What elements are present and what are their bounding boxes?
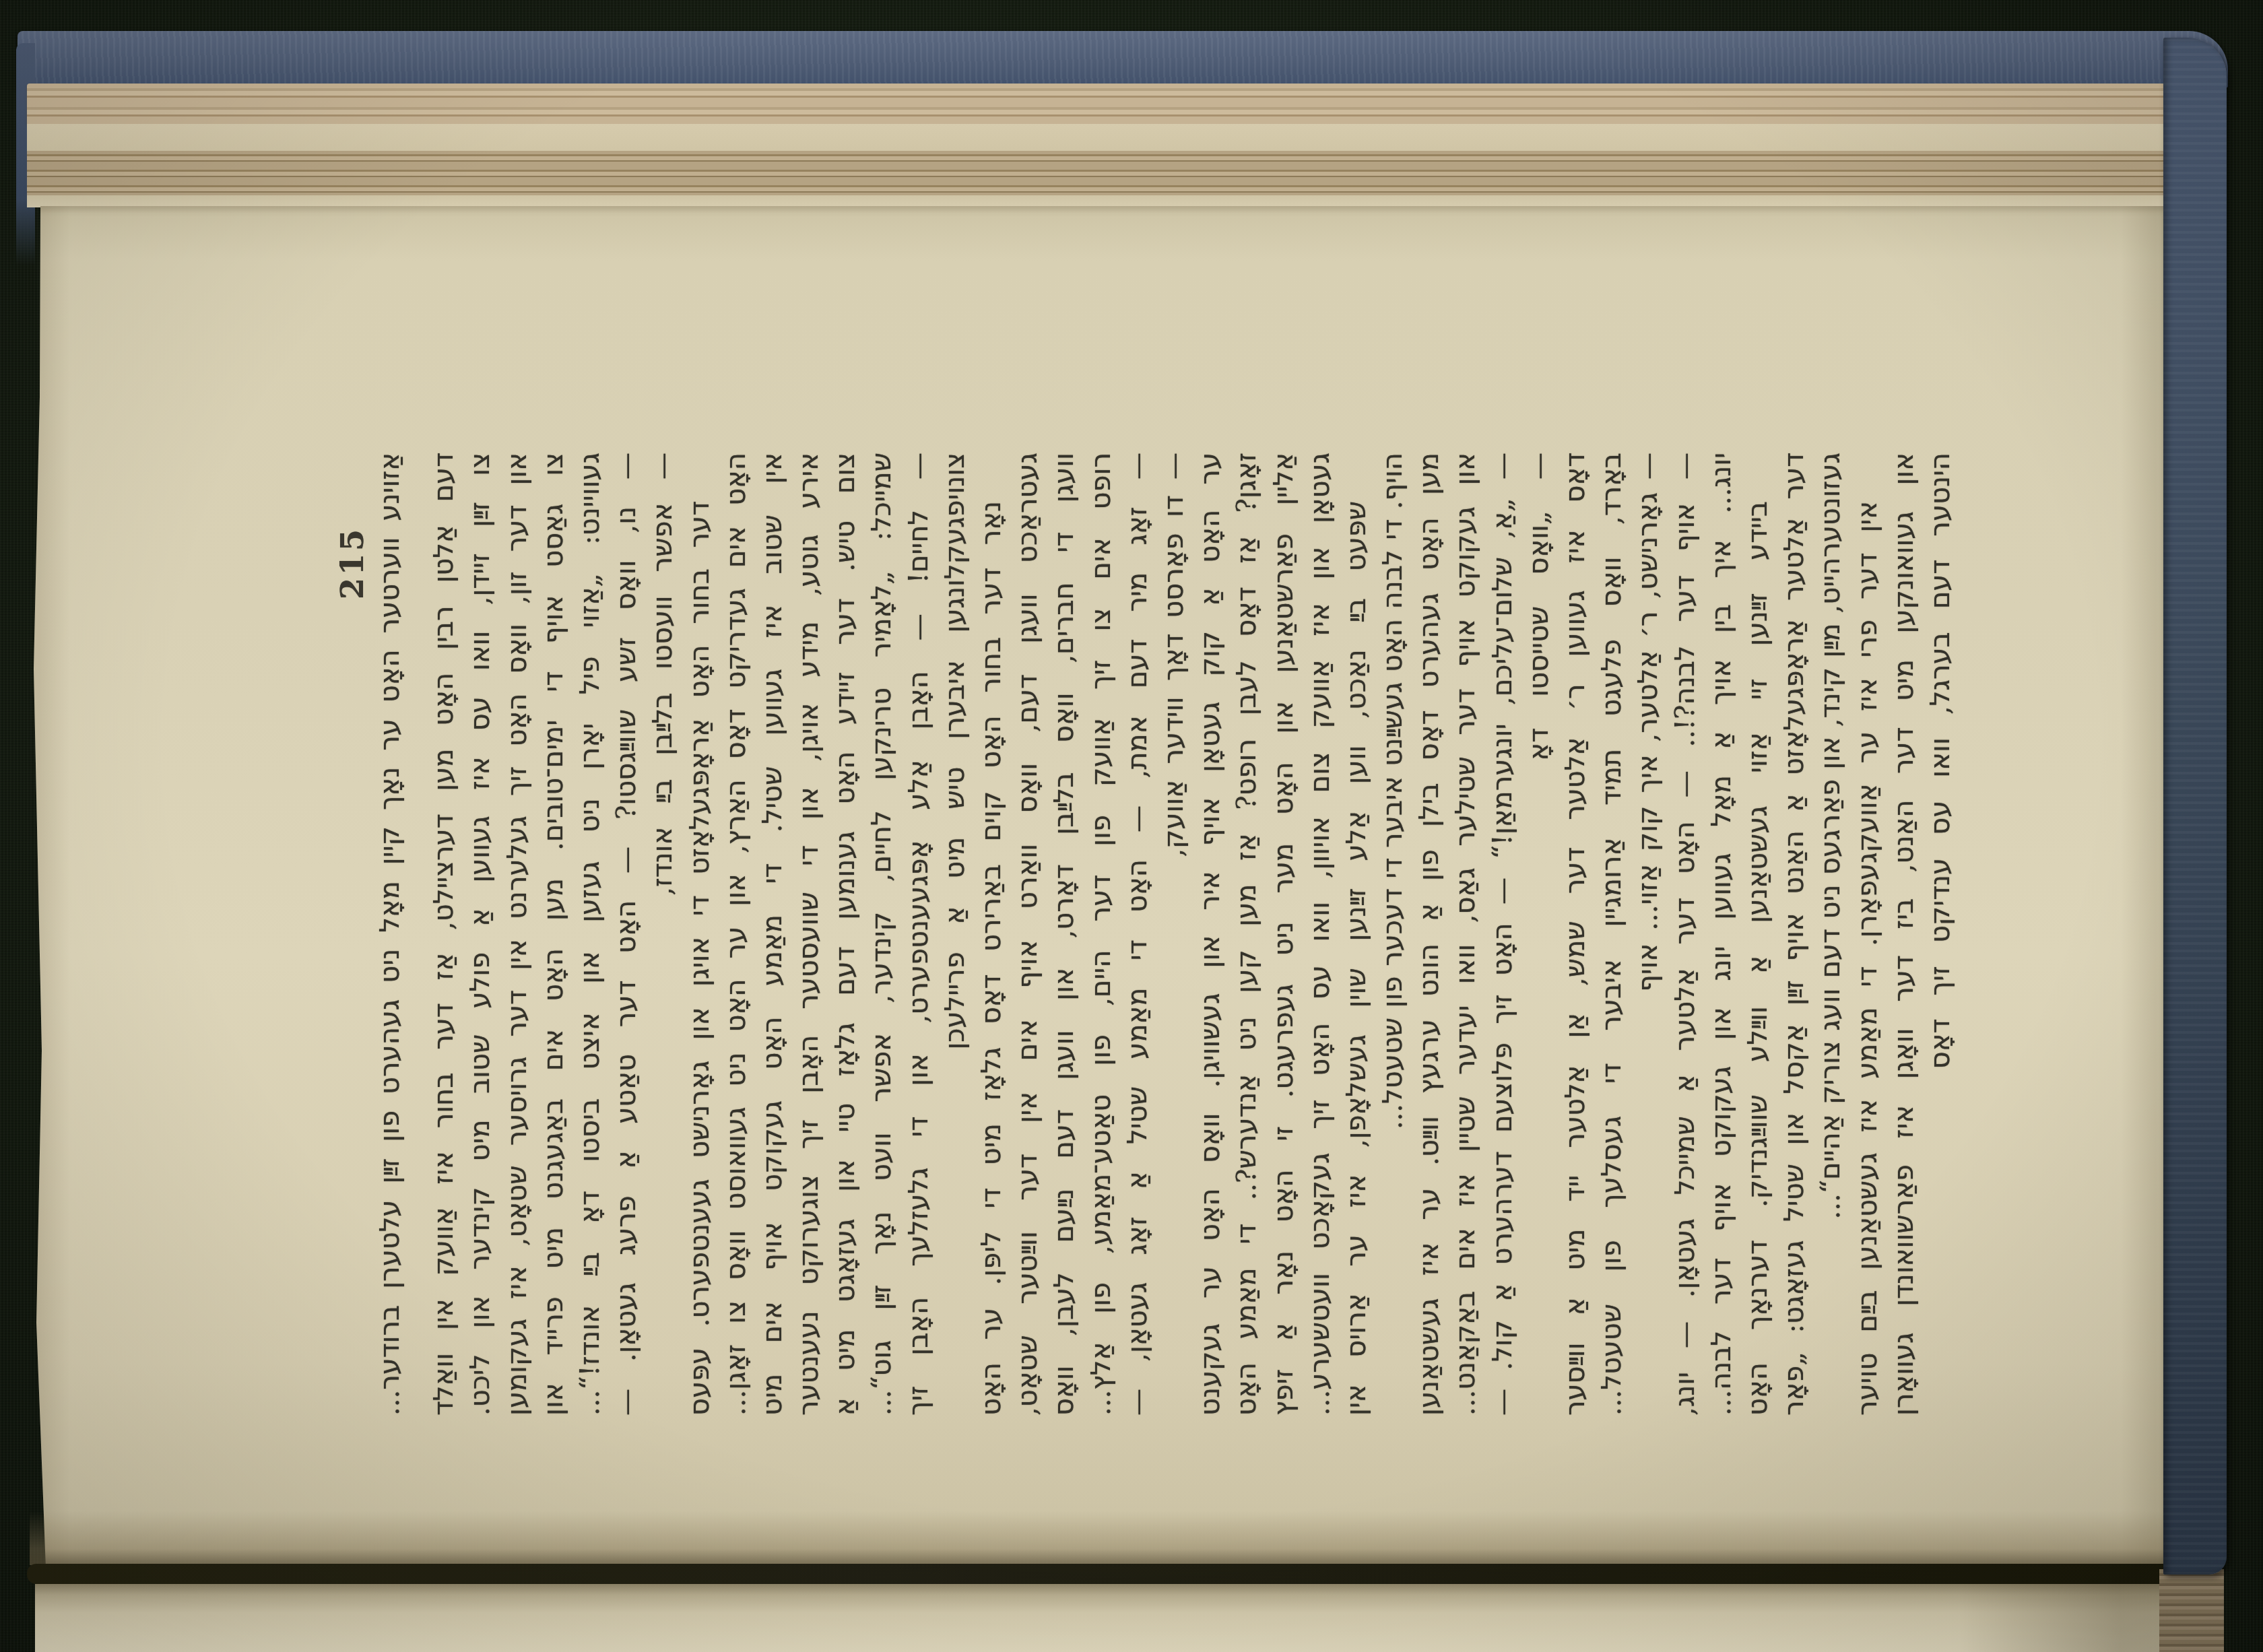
book-cover-top-edge [18, 31, 2228, 88]
text-line: האָט אים געדריקט דאָס האַרץ, און ער האָט… [719, 453, 756, 1416]
text-line: געזונטערהייט, מײַן קינד, און פאַרגעס ניט… [1814, 453, 1850, 1416]
text-line: — גאָרנישט, ר׳ אַלטער, איך קוק אַזוי... … [1631, 453, 1668, 1416]
text-line: אַליין פאַרשטאַנען און האָט מער ניט געפר… [1267, 453, 1303, 1416]
page-edge-rough-band-2 [27, 151, 2169, 195]
text-line: צו זײַן זיידן, וואו עס איז געווען אַ פול… [463, 453, 500, 1416]
text-line: געטראַכט וועגן דעם, וואָס וואַרט אויף אי… [1011, 453, 1047, 1416]
page-text-layer: 215 אַזוינע ווערטער האָט ער נאָך קיין מא… [331, 453, 1961, 1416]
book-gutter-fold [27, 1564, 2166, 1584]
text-line: און געוואונקען מיט דער האַנט, ביז דער וו… [1887, 453, 1924, 1416]
text-line: דעם אַלטן רבין האָט מען דערציילט, אַז דע… [427, 453, 463, 1416]
text-line: יונג... איך בין אויך אַ מאָל געווען יונג… [1705, 453, 1741, 1416]
text-line: אין דער פרי איז ער אַוועקגעפאָרן. די מאַ… [1851, 453, 1887, 1416]
text-line: הויף. די לבנה האָט געשײַנט איבער די דעכע… [1376, 453, 1412, 1416]
text-line: און געקוקט אויף דער שטילער גאַס, וואו יע… [1449, 453, 1485, 1416]
page-edge-light-sliver [27, 195, 2169, 207]
text-line: אַזוינע ווערטער האָט ער נאָך קיין מאָל נ… [373, 453, 409, 1416]
rotated-page-content: 215 אַזוינע ווערטער האָט ער נאָך קיין מא… [331, 453, 1961, 1416]
text-line: הינטער דעם בערגל, וואו עס ענדיקט זיך דאָ… [1924, 453, 1960, 1416]
text-line: צו גאַסט אויף די ימים־טובים. מען האָט אי… [537, 453, 573, 1416]
book-cover-right-edge [2163, 38, 2227, 1575]
page-edge-stack [27, 84, 2169, 207]
text-line: שמייכל: „לאָמיר טרינקען לחיים, קינדער, א… [865, 453, 901, 1416]
text-line: צום טיש. דער זיידע האָט גענומען דעם גלאָ… [828, 453, 865, 1416]
text-line: דאָס איז געווען ר׳ אַלטער דער שמש, אַן א… [1559, 453, 1595, 1416]
text-line: וועגן די חברים, וואָס בלײַבן דאָרט, און … [1047, 453, 1084, 1416]
text-line: — אויף דער לבנה?!.. — האָט דער אַלטער אַ… [1668, 453, 1705, 1416]
facing-page [35, 1584, 2161, 1652]
text-line: אירע גוטע, מידע אויגן, און די שוועסטער ה… [792, 453, 828, 1416]
text-line: דער בחור האָט אַראָפּגעלאָזט די אויגן או… [683, 453, 719, 1416]
text-block: אַזוינע ווערטער האָט ער נאָך קיין מאָל נ… [373, 453, 1960, 1416]
text-line: — נו, וואָס זשע שווײַגסטו? — האָט דער טא… [610, 453, 646, 1416]
text-line: — „וואָס שטייסטו דאָ אַליין?“... [1522, 453, 1559, 1416]
page-number: 215 [331, 453, 373, 1416]
text-line: מען האָט געהערט דאָס בילן פון אַ הונט ער… [1412, 453, 1449, 1416]
text-line: צונויפגעקלונגען איבערן טיש מיט אַ פריילע… [938, 453, 975, 1416]
text-line: רופט אים צו זיך אַוועק פון דער היים, פון… [1084, 453, 1121, 1416]
book-photo-scene: 215 אַזוינע ווערטער האָט ער נאָך קיין מא… [0, 0, 2263, 1652]
text-line: ביידע זײַנען זיי אַזוי געשטאַנען אַ ווײַ… [1741, 453, 1777, 1416]
text-line: — „אַ, שלום־עליכם, יונגערמאַן!“ — האָט ז… [1486, 453, 1522, 1416]
text-line: שפּעט בײַ נאַכט, ווען אַלע זײַנען שוין ג… [1340, 453, 1376, 1416]
text-line: אין שטוב איז געווען שטיל. די מאַמע האָט … [756, 453, 792, 1416]
page-edge-bottom-right [2159, 1569, 2224, 1652]
text-line: זאָגן? אַז דאָס לעבן רופט? אַז מען קען נ… [1230, 453, 1266, 1416]
text-line: דער אַלטער אַראָפּגעלאָזט אַ האַנט אויף … [1777, 453, 1814, 1416]
text-line: געוויינט: „אַזוי פיל יאָרן ניט געזען און… [573, 453, 610, 1416]
text-line: — לחיים! — האָבן אַלע אָפּגעענטפערט, און… [902, 453, 938, 1416]
text-line: באָרד, וואָס פלעגט תמיד אַרומגיין איבער … [1595, 453, 1631, 1416]
text-line: — זאָג מיר דעם אמת, — האָט די מאַמע שטיל… [1121, 453, 1157, 1416]
text-line: — דו פאָרסט דאָך ווידער אַוועק, יאָ?... [1157, 453, 1193, 1416]
text-line: ער האָט אַ קוק געטאָן אויף איר און געשוו… [1193, 453, 1230, 1416]
text-line: נאָר דער בחור האָט קוים באַרירט דאָס גלא… [975, 453, 1011, 1416]
text-line: און דער זון, וואָס האָט זיך געלערנט אין … [500, 453, 537, 1416]
page-edge-smooth-band [27, 124, 2169, 151]
gutter-shadow [30, 1511, 2167, 1565]
text-line: געטאָן און איז אַוועק צום אויוון, וואו ע… [1303, 453, 1340, 1416]
text-line: — אפשר וועסטו בלײַבן בײַ אונדז, יאָ?... [646, 453, 682, 1416]
page-edge-rough-band [27, 84, 2169, 124]
